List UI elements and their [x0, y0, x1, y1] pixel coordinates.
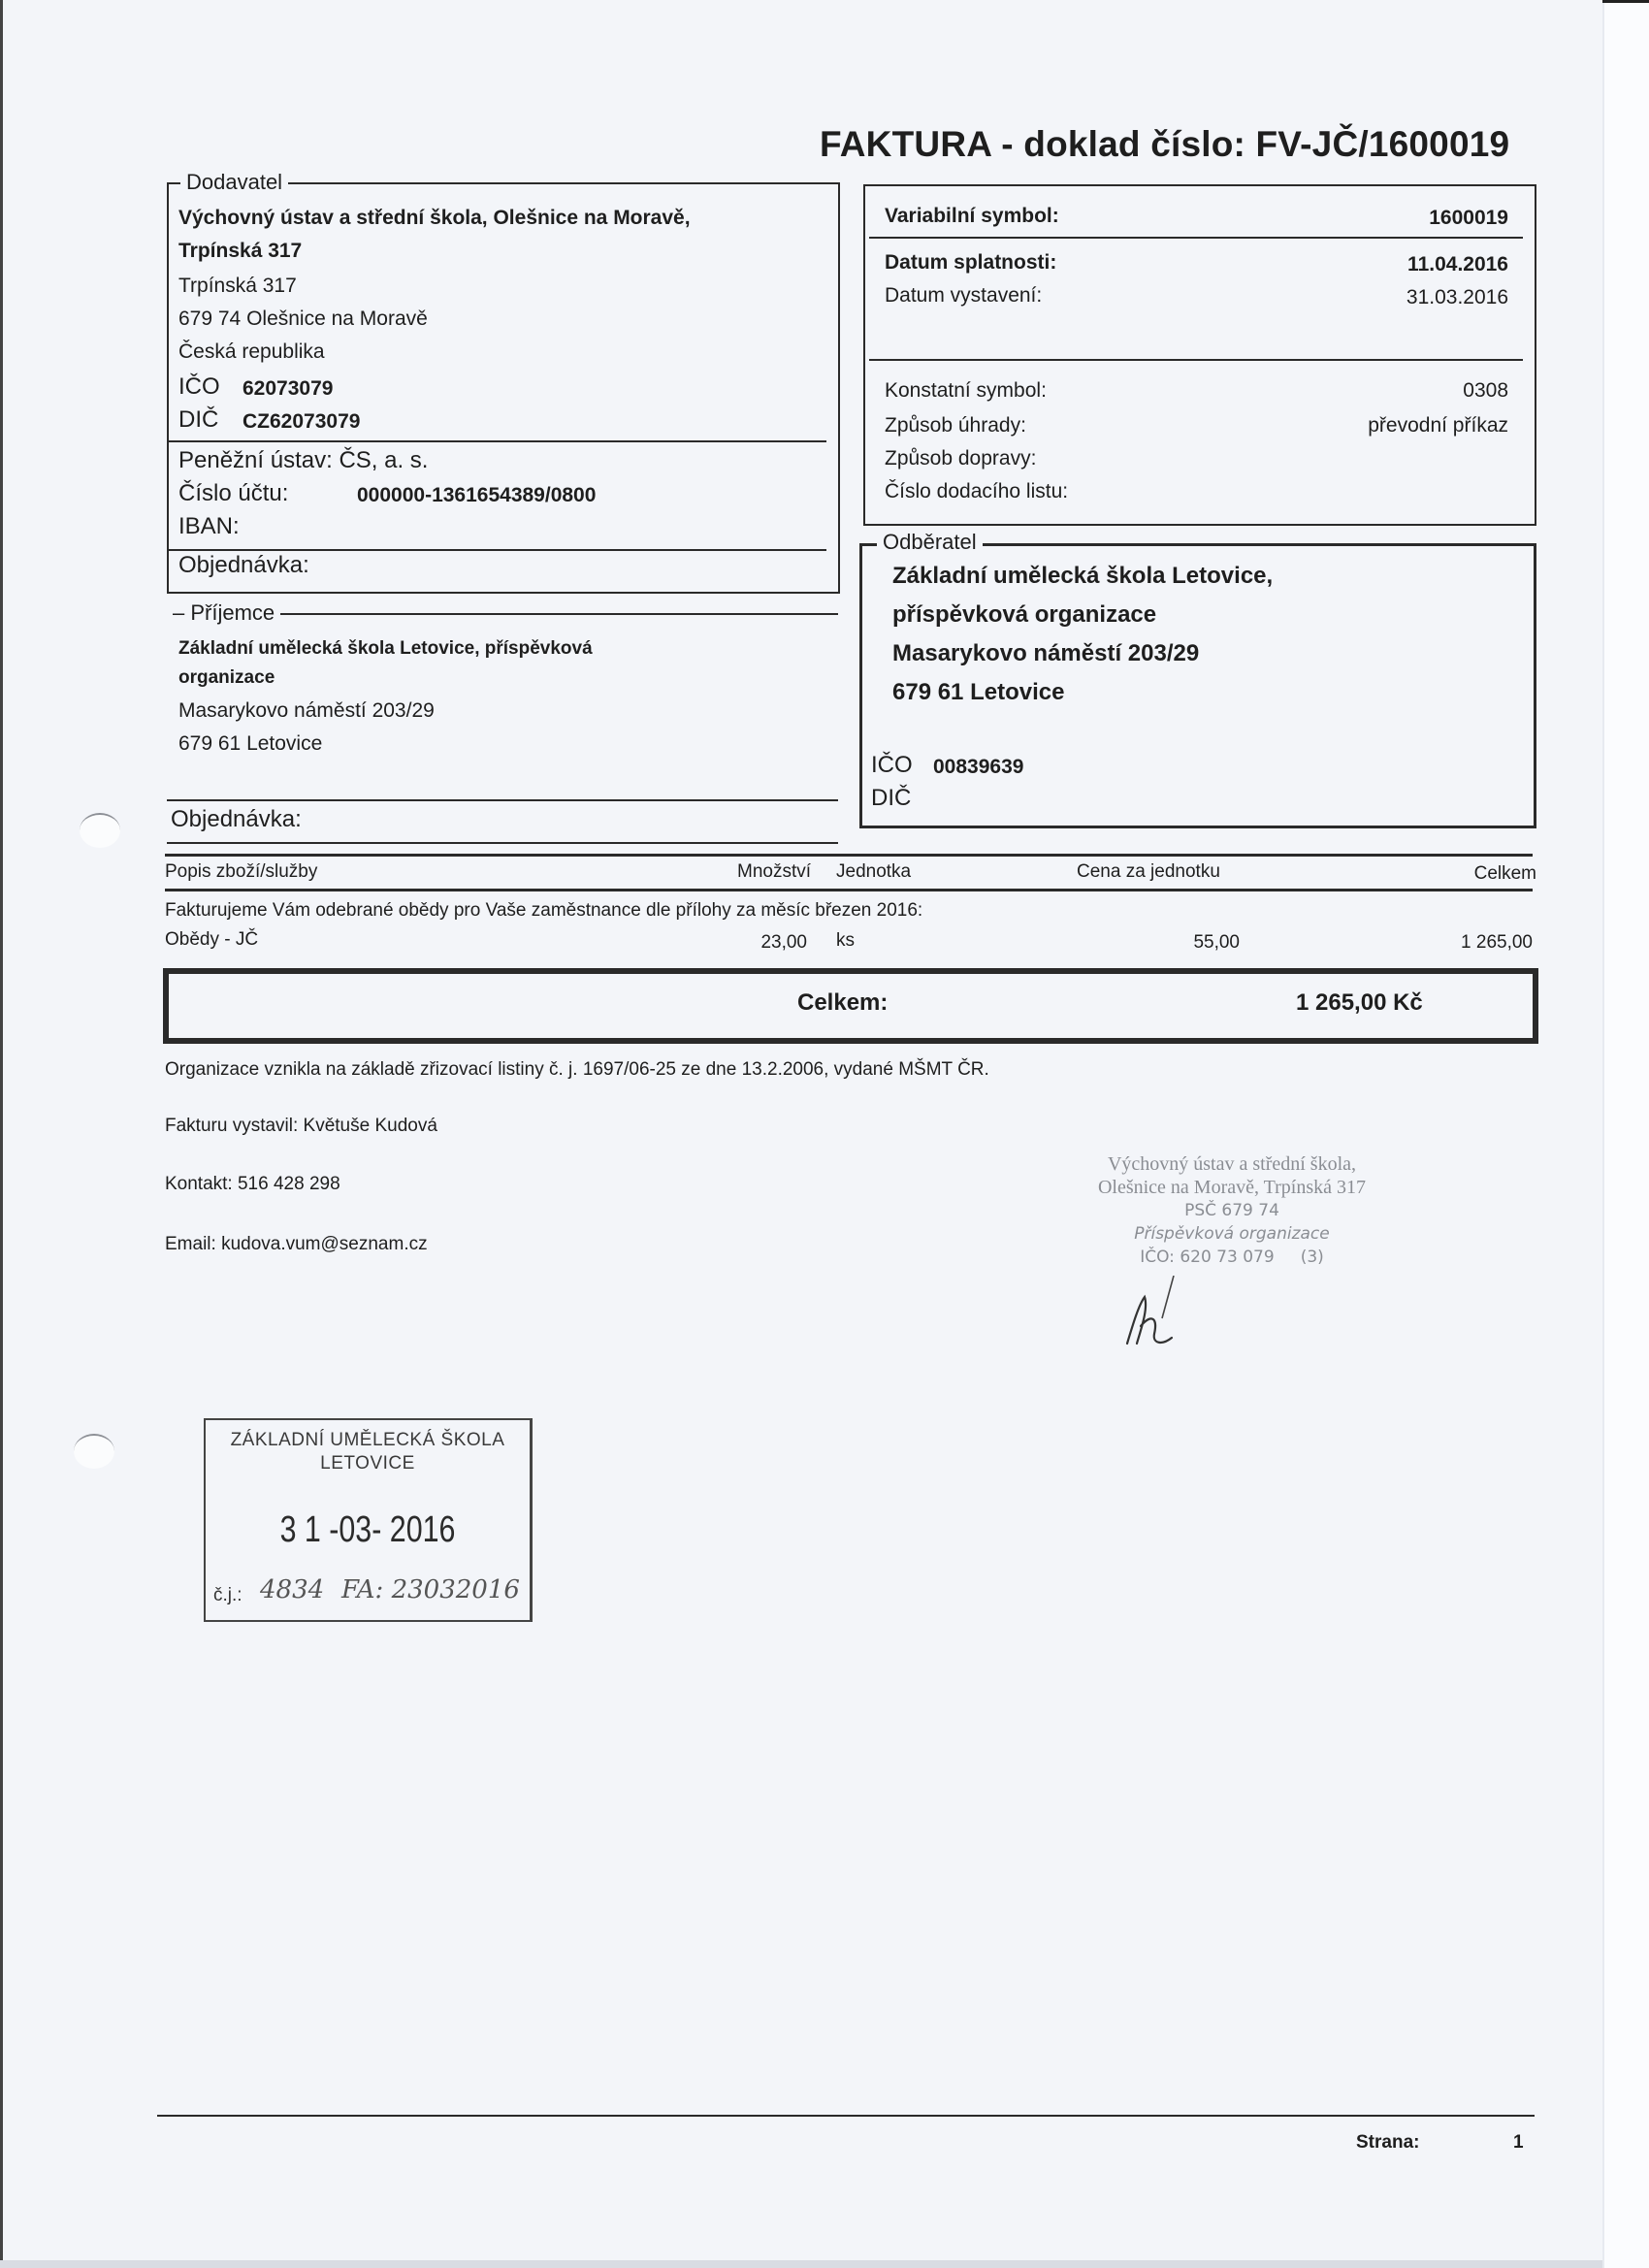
issued-by: Fakturu vystavil: Květuše Kudová: [165, 1114, 437, 1139]
constant-symbol: 0308: [1261, 378, 1508, 404]
punch-hole-top: [80, 813, 120, 848]
item-unit: ks: [836, 928, 855, 954]
contact-email: Email: kudova.vum@seznam.cz: [165, 1232, 428, 1257]
account-number: 000000-1361654389/0800: [357, 483, 596, 508]
customer-name-line1: Základní umělecká škola Letovice,: [892, 564, 1273, 589]
founding-note: Organizace vznikla na základě zřizovací …: [165, 1057, 989, 1083]
supplier-dic: CZ62073079: [242, 409, 360, 435]
due-date-label: Datum splatnosti:: [885, 250, 1056, 275]
recipient-name-line1: Základní umělecká škola Letovice, příspě…: [178, 636, 593, 662]
delivery-method-label: Způsob dopravy:: [885, 446, 1036, 471]
total-label: Celkem:: [797, 990, 888, 1016]
column-header-total: Celkem: [1406, 861, 1536, 887]
received-stamp-ref-label: č.j.:: [213, 1585, 242, 1606]
received-stamp-org: ZÁKLADNÍ UMĚLECKÁ ŠKOLA: [206, 1430, 530, 1451]
page-label: Strana:: [1356, 2130, 1419, 2155]
table-top-rule: [165, 854, 1533, 857]
stamp-line: Olešnice na Moravě, Trpínská 317: [1057, 1176, 1406, 1199]
column-header-quantity: Množství: [737, 859, 811, 885]
account-label: Číslo účtu:: [178, 481, 288, 506]
payment-method: převodní příkaz: [1261, 413, 1508, 438]
payment-details-box: [863, 184, 1536, 526]
footer-rule: [157, 2115, 1535, 2117]
divider: [169, 440, 826, 442]
column-header-unit: Jednotka: [836, 859, 911, 885]
delivery-note-label: Číslo dodacího listu:: [885, 479, 1068, 504]
iban-label: IBAN:: [178, 514, 240, 539]
recipient-legend: – Příjemce: [167, 601, 280, 625]
page-number: 1: [1513, 2130, 1524, 2155]
customer-legend: Odběratel: [877, 531, 983, 554]
customer-address-city: 679 61 Letovice: [892, 680, 1064, 705]
variable-symbol-label: Variabilní symbol:: [885, 204, 1059, 229]
supplier-country: Česká republika: [178, 340, 325, 365]
recipient-name-line2: organizace: [178, 665, 275, 691]
item-unit-price: 55,00: [1115, 930, 1240, 956]
issue-date-label: Datum vystavení:: [885, 283, 1042, 308]
column-header-description: Popis zboží/služby: [165, 859, 317, 885]
stamp-line: IČO: 620 73 079 (3): [1057, 1246, 1406, 1269]
stamp-line: Výchovný ústav a střední škola,: [1057, 1152, 1406, 1176]
column-header-unit-price: Cena za jednotku: [1077, 859, 1220, 885]
supplier-order-label: Objednávka:: [178, 553, 309, 578]
received-stamp-date: 3 1 -03- 2016: [238, 1509, 497, 1551]
signature-icon: [1115, 1276, 1203, 1353]
scan-bottom-edge: [0, 2260, 1602, 2268]
supplier-name-line2: Trpínská 317: [178, 239, 302, 264]
customer-dic-label: DIČ: [871, 786, 911, 811]
supplier-address-street: Trpínská 317: [178, 274, 297, 299]
recipient-address-city: 679 61 Letovice: [178, 731, 322, 757]
received-stamp-city: LETOVICE: [206, 1453, 530, 1474]
stamp-line: PSČ 679 74: [1057, 1199, 1406, 1222]
table-header-rule: [165, 889, 1533, 891]
item-description: Obědy - JČ: [165, 927, 258, 953]
customer-name-line2: příspěvková organizace: [892, 602, 1156, 628]
due-date: 11.04.2016: [1261, 252, 1508, 277]
supplier-ico-label: IČO: [178, 374, 220, 400]
divider: [169, 549, 826, 551]
supplier-legend: Dodavatel: [180, 171, 288, 194]
bank-label: Peněžní ústav: ČS, a. s.: [178, 448, 428, 473]
customer-ico-label: IČO: [871, 753, 913, 778]
payment-method-label: Způsob úhrady:: [885, 413, 1026, 438]
divider: [869, 359, 1523, 361]
received-stamp-ref-fa: FA: 23032016: [341, 1575, 520, 1604]
item-quantity: 23,00: [718, 930, 807, 956]
punch-hole-bottom: [74, 1434, 114, 1469]
contact-phone: Kontakt: 516 428 298: [165, 1172, 340, 1197]
items-intro: Fakturujeme Vám odebrané obědy pro Vaše …: [165, 898, 922, 923]
constant-symbol-label: Konstatní symbol:: [885, 378, 1047, 404]
total-amount: 1 265,00 Kč: [1296, 990, 1423, 1016]
received-stamp-ref-number: 4834: [260, 1575, 324, 1604]
supplier-stamp: Výchovný ústav a střední škola, Olešnice…: [1057, 1152, 1406, 1269]
customer-address-street: Masarykovo náměstí 203/29: [892, 641, 1199, 666]
invoice-title: FAKTURA - doklad číslo: FV-JČ/1600019: [820, 124, 1509, 165]
received-stamp: ZÁKLADNÍ UMĚLECKÁ ŠKOLA LETOVICE 3 1 -03…: [204, 1418, 533, 1622]
supplier-dic-label: DIČ: [178, 407, 218, 433]
scan-right-margin: [1602, 0, 1649, 2268]
scan-left-edge: [0, 0, 3, 2268]
variable-symbol: 1600019: [1261, 206, 1508, 231]
stamp-line: Příspěvková organizace: [1057, 1222, 1406, 1246]
customer-ico: 00839639: [933, 755, 1023, 780]
divider: [167, 842, 838, 844]
recipient-address-street: Masarykovo náměstí 203/29: [178, 698, 435, 724]
bank-name: ČS, a. s.: [339, 447, 428, 473]
recipient-order-label: Objednávka:: [171, 807, 302, 832]
scan-edge-mark: [1602, 0, 1649, 3]
divider: [167, 799, 838, 801]
item-total: 1 265,00: [1387, 930, 1533, 956]
supplier-address-city: 679 74 Olešnice na Moravě: [178, 307, 428, 332]
divider: [869, 237, 1523, 239]
supplier-name-line1: Výchovný ústav a střední škola, Olešnice…: [178, 206, 691, 231]
issue-date: 31.03.2016: [1261, 285, 1508, 310]
supplier-ico: 62073079: [242, 376, 333, 402]
